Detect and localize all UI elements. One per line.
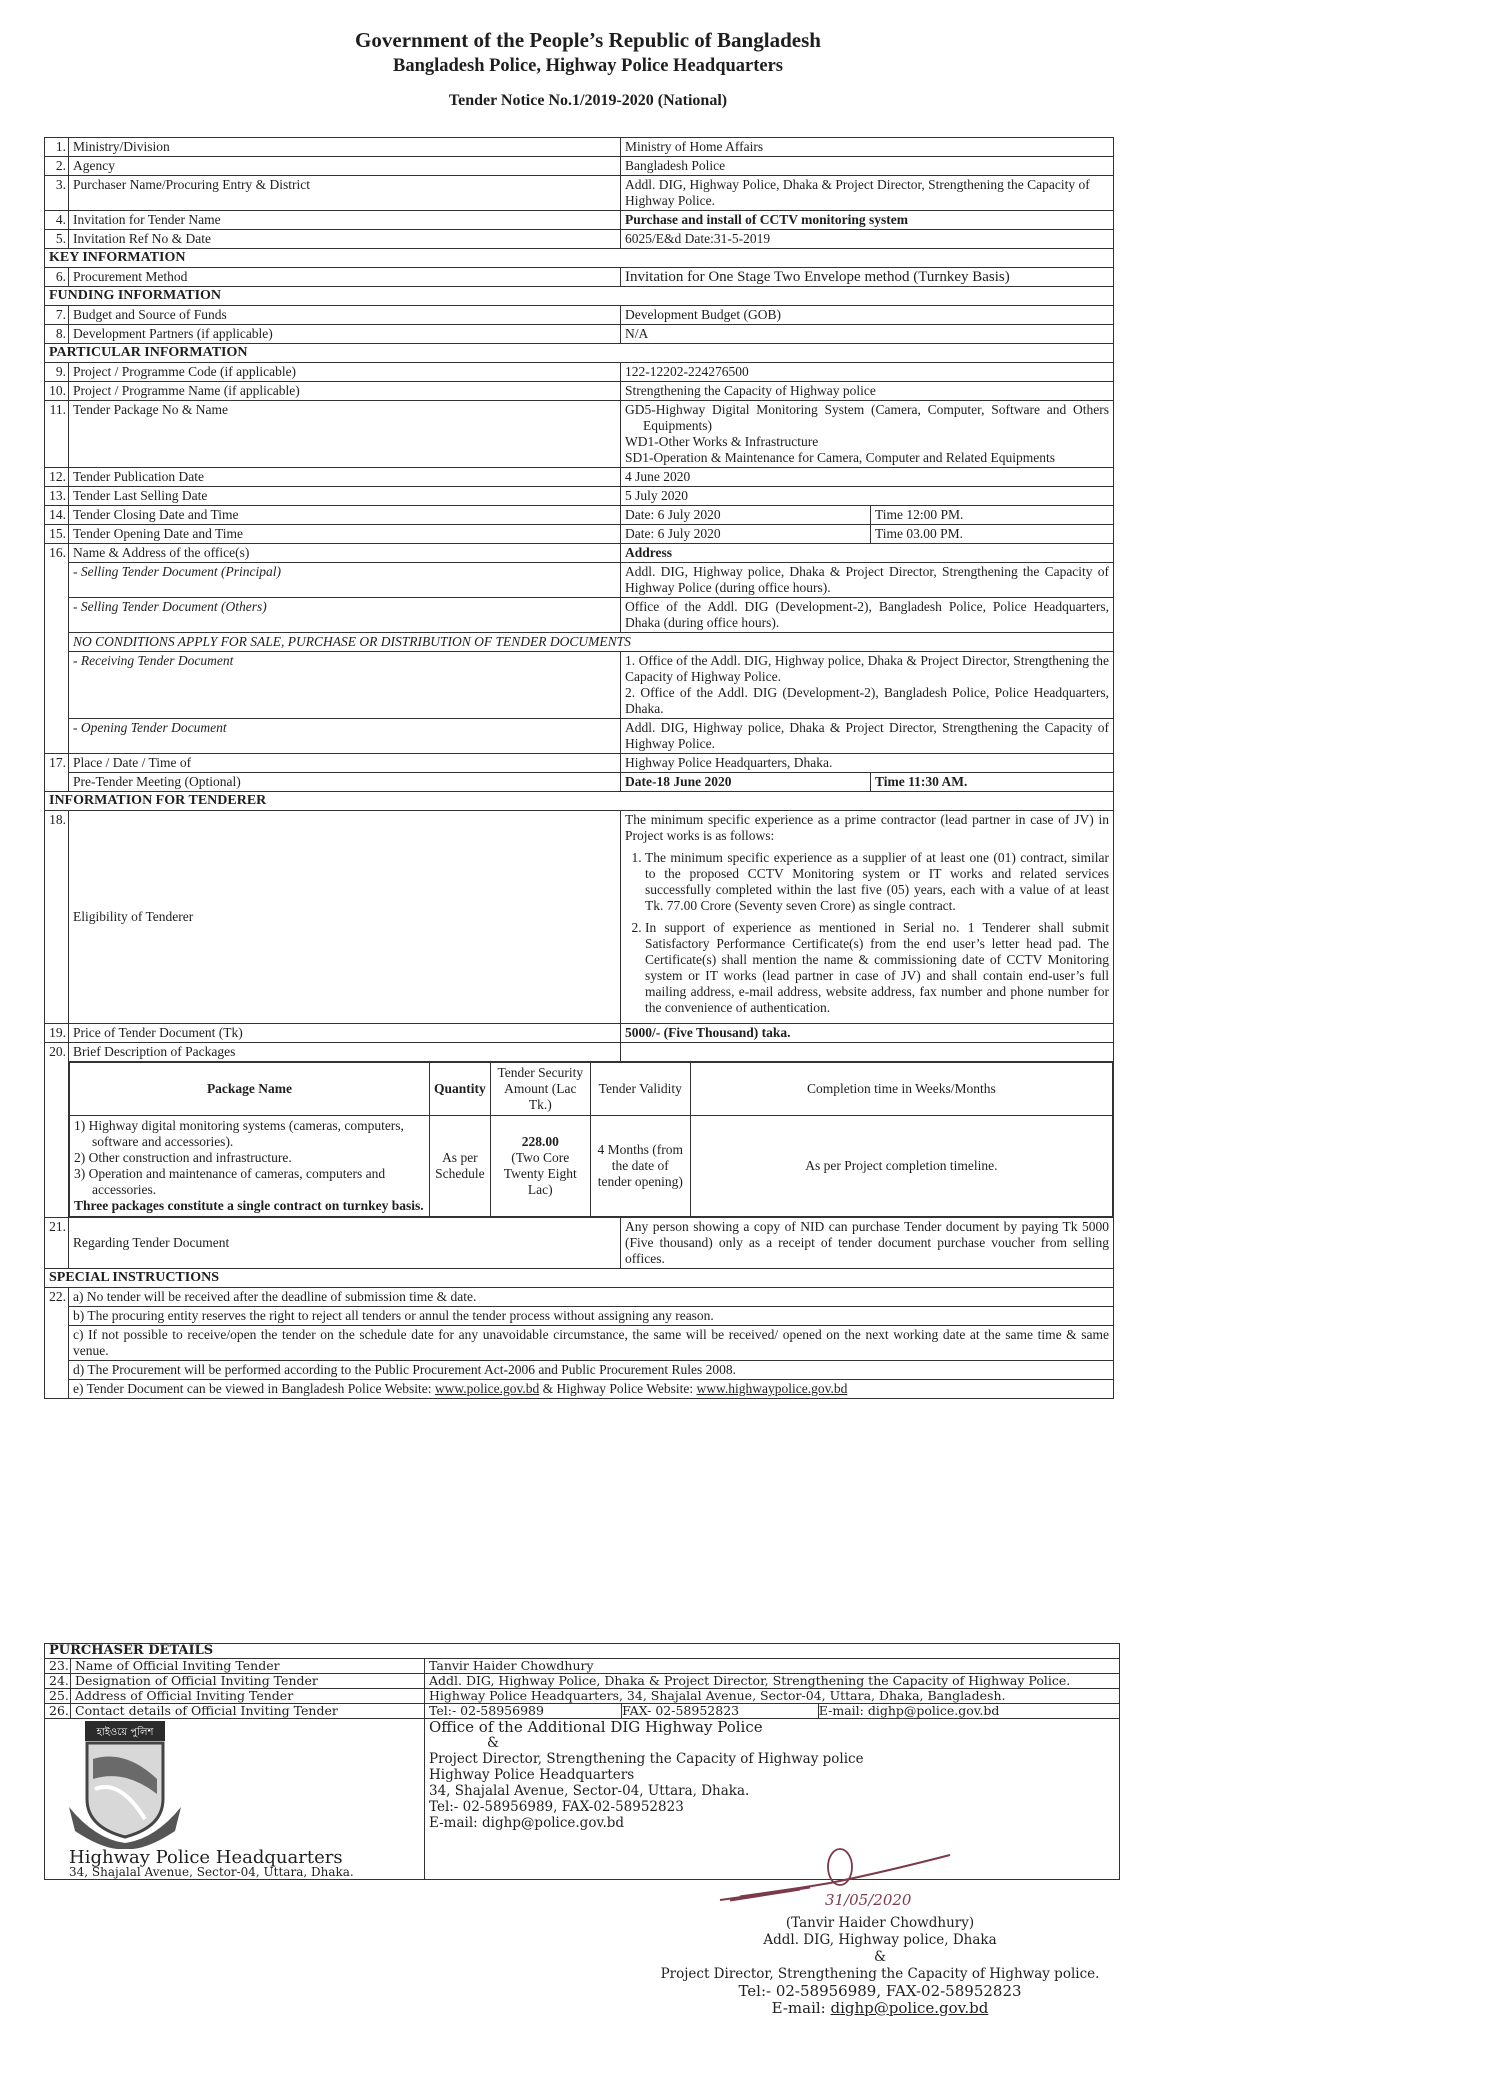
table-row: 11.Tender Package No & Name GD5-Highway … — [45, 401, 1114, 468]
signatory-email-link[interactable]: dighp@police.gov.bd — [831, 1999, 989, 2017]
hq-title: Highway Police Headquarters — [69, 1851, 354, 1865]
table-row: - Opening Tender DocumentAddl. DIG, High… — [45, 719, 1114, 754]
section-header: PARTICULAR INFORMATION — [45, 344, 1114, 363]
handwritten-signature-icon: 31/05/2020 — [710, 1845, 960, 1915]
table-row: 13.Tender Last Selling Date5 July 2020 — [45, 487, 1114, 506]
package-item: 2) Other construction and infrastructure… — [74, 1150, 425, 1166]
instruction-row: 22.a) No tender will be received after t… — [45, 1288, 1114, 1307]
contact-email: E-mail: dighp@police.gov.bd — [818, 1704, 1115, 1718]
table-row: 2.AgencyBangladesh Police — [45, 157, 1114, 176]
hq-address: 34, Shajalal Avenue, Sector-04, Uttara, … — [69, 1865, 354, 1879]
tender-notice-number: Tender Notice No.1/2019-2020 (National) — [0, 90, 1176, 112]
table-row: 20.Brief Description of Packages — [45, 1043, 1114, 1062]
table-row: 25.Address of Official Inviting TenderHi… — [45, 1689, 1120, 1704]
section-header: KEY INFORMATION — [45, 249, 1114, 268]
package-item: GD5-Highway Digital Monitoring System (C… — [625, 402, 1109, 434]
table-row: 21.Regarding Tender DocumentAny person s… — [45, 1218, 1114, 1269]
table-row: 19.Price of Tender Document (Tk)5000/- (… — [45, 1024, 1114, 1043]
hq-block: Highway Police Headquarters 34, Shajalal… — [69, 1851, 354, 1879]
tender-info-table: 1.Ministry/DivisionMinistry of Home Affa… — [44, 137, 1114, 1399]
highway-police-website-link[interactable]: www.highwaypolice.gov.bd — [697, 1381, 848, 1396]
package-table-row: 1) Highway digital monitoring systems (c… — [70, 1116, 1113, 1217]
table-row: 23.Name of Official Inviting TenderTanvi… — [45, 1659, 1120, 1674]
table-row: 14.Tender Closing Date and TimeDate: 6 J… — [45, 506, 1114, 525]
section-header: FUNDING INFORMATION — [45, 287, 1114, 306]
contact-fax: FAX- 02-58952823 — [622, 1704, 819, 1718]
table-row: 12.Tender Publication Date4 June 2020 — [45, 468, 1114, 487]
svg-text:31/05/2020: 31/05/2020 — [825, 1891, 912, 1909]
eligibility-criteria: The minimum specific experience as a pri… — [621, 811, 1114, 1024]
table-row: - Selling Tender Document (Principal)Add… — [45, 563, 1114, 598]
tender-name: Purchase and install of CCTV monitoring … — [621, 211, 1114, 230]
section-header: SPECIAL INSTRUCTIONS — [45, 1269, 1114, 1288]
instruction-row: e) Tender Document can be viewed in Bang… — [45, 1380, 1114, 1399]
signature-block: (Tanvir Haider Chowdhury) Addl. DIG, Hig… — [620, 1915, 1140, 2017]
document-header: Government of the People’s Republic of B… — [0, 26, 1176, 112]
table-row: 8.Development Partners (if applicable)N/… — [45, 325, 1114, 344]
table-row: Package Name Quantity Tender Security Am… — [45, 1062, 1114, 1218]
table-row: 18.Eligibility of Tenderer The minimum s… — [45, 811, 1114, 1024]
table-row: 26.Contact details of Official Inviting … — [45, 1704, 1120, 1719]
package-table-header: Package Name Quantity Tender Security Am… — [70, 1063, 1113, 1116]
table-row: - Receiving Tender Document 1. Office of… — [45, 652, 1114, 719]
table-row: 17.Place / Date / Time ofHighway Police … — [45, 754, 1114, 773]
table-row: 1.Ministry/DivisionMinistry of Home Affa… — [45, 138, 1114, 157]
eligibility-item: In support of experience as mentioned in… — [645, 920, 1109, 1016]
table-row: - Selling Tender Document (Others)Office… — [45, 598, 1114, 633]
section-header: PURCHASER DETAILS — [45, 1644, 1120, 1659]
svg-text:হাইওয়ে পুলিশ: হাইওয়ে পুলিশ — [96, 1726, 155, 1738]
eligibility-item: The minimum specific experience as a sup… — [645, 850, 1109, 914]
contact-tel: Tel:- 02-58956989 — [429, 1704, 622, 1718]
table-row: 24.Designation of Official Inviting Tend… — [45, 1674, 1120, 1689]
package-item: WD1-Other Works & Infrastructure — [625, 434, 1109, 450]
no-conditions-note: NO CONDITIONS APPLY FOR SALE, PURCHASE O… — [69, 633, 1114, 652]
instruction-row: d) The Procurement will be performed acc… — [45, 1361, 1114, 1380]
government-title: Government of the People’s Republic of B… — [0, 26, 1176, 54]
tender-document-price: 5000/- (Five Thousand) taka. — [621, 1024, 1114, 1043]
police-website-link[interactable]: www.police.gov.bd — [435, 1381, 539, 1396]
signatory-name: (Tanvir Haider Chowdhury) — [620, 1915, 1140, 1932]
highway-police-emblem-icon: হাইওয়ে পুলিশ — [65, 1719, 185, 1849]
table-row: 10.Project / Programme Name (if applicab… — [45, 382, 1114, 401]
instruction-row: c) If not possible to receive/open the t… — [45, 1326, 1114, 1361]
table-row: Pre-Tender Meeting (Optional)Date-18 Jun… — [45, 773, 1114, 792]
table-row: 4.Invitation for Tender NamePurchase and… — [45, 211, 1114, 230]
table-row: 16.Name & Address of the office(s)Addres… — [45, 544, 1114, 563]
instruction-row: b) The procuring entity reserves the rig… — [45, 1307, 1114, 1326]
tender-security-amount: 228.00 — [495, 1134, 586, 1150]
tender-package-list: GD5-Highway Digital Monitoring System (C… — [621, 401, 1114, 468]
table-row: 9.Project / Programme Code (if applicabl… — [45, 363, 1114, 382]
official-name: Tanvir Haider Chowdhury — [425, 1659, 1120, 1674]
table-row: 6.Procurement MethodInvitation for One S… — [45, 268, 1114, 287]
section-header: INFORMATION FOR TENDERER — [45, 792, 1114, 811]
agency-title: Bangladesh Police, Highway Police Headqu… — [0, 54, 1176, 78]
package-item: 1) Highway digital monitoring systems (c… — [74, 1118, 425, 1150]
table-row: NO CONDITIONS APPLY FOR SALE, PURCHASE O… — [45, 633, 1114, 652]
table-row: 7.Budget and Source of FundsDevelopment … — [45, 306, 1114, 325]
package-item: 3) Operation and maintenance of cameras,… — [74, 1166, 425, 1198]
package-description-table: Package Name Quantity Tender Security Am… — [69, 1062, 1113, 1217]
table-row: 15.Tender Opening Date and TimeDate: 6 J… — [45, 525, 1114, 544]
table-row: 5.Invitation Ref No & Date6025/E&d Date:… — [45, 230, 1114, 249]
table-row: 3.Purchaser Name/Procuring Entry & Distr… — [45, 176, 1114, 211]
package-item: SD1-Operation & Maintenance for Camera, … — [625, 450, 1109, 466]
